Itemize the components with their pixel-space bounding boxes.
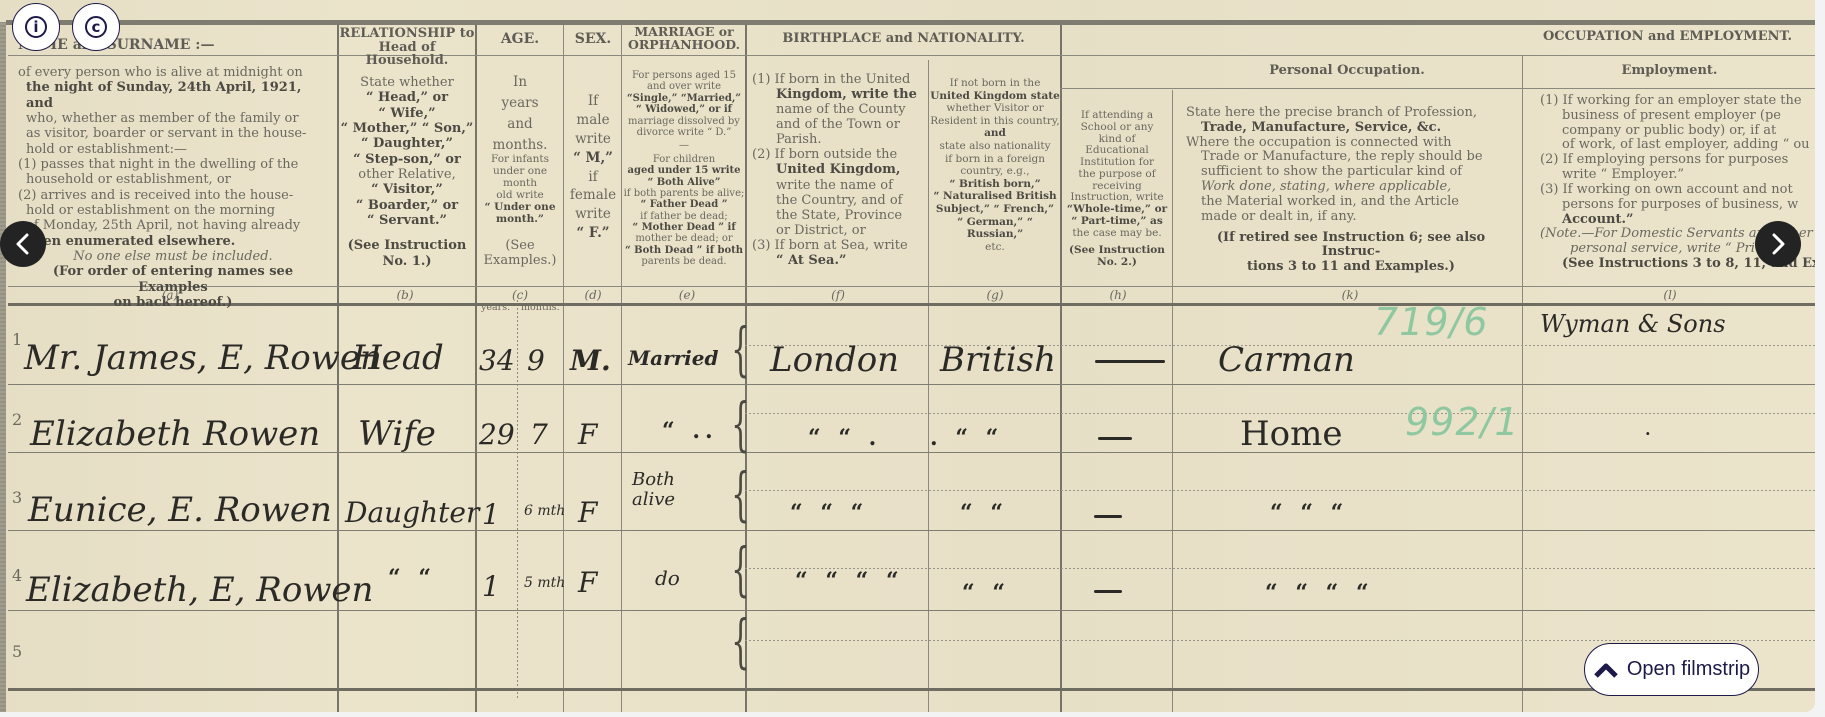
sex-cell: F (578, 418, 597, 451)
sex-cell: M. (570, 344, 611, 377)
col-c-letter: (c) (500, 288, 540, 302)
open-filmstrip-label: Open filmstrip (1627, 658, 1750, 681)
employment-cell: . (1645, 420, 1656, 439)
sex-cell: F (578, 496, 597, 529)
occupation-cell: “ “ “ “ (1265, 580, 1374, 606)
col-c-header: AGE. (477, 32, 563, 47)
col-l-letter: (l) (1650, 288, 1690, 302)
col-d-letter: (d) (573, 288, 613, 302)
education-dash (1098, 437, 1132, 440)
rule-f-g (928, 60, 929, 712)
col-e-header: MARRIAGE orORPHANHOOD. (623, 25, 745, 51)
relationship-cell: “ “ (388, 565, 436, 591)
nationality-cell: British (940, 340, 1056, 380)
col-b-header: RELATIONSHIP toHead of Household. (339, 27, 475, 68)
birthplace-nationality-header: BIRTHPLACE and NATIONALITY. (747, 32, 1060, 46)
occupation-cell: Carman (1218, 340, 1355, 380)
education-dash (1094, 515, 1122, 518)
col-d-instructions: Ifmale write“ M,” iffemale write“ F.” (565, 92, 621, 243)
relationship-cell: Head (352, 338, 444, 378)
census-form-page: NAME and SURNAME :— of every person who … (0, 0, 1815, 712)
col-c-examples: (See Examples.) (477, 238, 563, 269)
row-rule-4 (8, 610, 1815, 611)
chevron-left-icon (14, 233, 32, 255)
age-months-cell: 9 (527, 344, 545, 377)
top-rule (6, 20, 1815, 25)
next-image-button[interactable] (1755, 221, 1801, 267)
row-rule-3 (8, 530, 1815, 531)
birthplace-cell: “ “ “ (790, 500, 868, 526)
row-number: 1 (12, 330, 22, 349)
col-k-letter: (k) (1330, 288, 1370, 302)
rule-d-e (621, 25, 622, 712)
occupation-cell: Home (1240, 414, 1342, 454)
brace: { (731, 395, 749, 453)
age-months-cell: 6 mth (524, 503, 565, 519)
col-e-instructions: For persons aged 15and over write “Singl… (623, 70, 745, 268)
occupation-employment-header: OCCUPATION and EMPLOYMENT. (1520, 30, 1815, 44)
col-g-instructions: If not born in theUnited Kingdom state w… (930, 77, 1060, 253)
col-f-letter: (f) (818, 288, 858, 302)
col-f-instructions: (1) If born in the United Kingdom, write… (752, 72, 928, 268)
employment-cell: Wyman & Sons (1540, 310, 1726, 338)
marriage-cell: Married (628, 346, 718, 370)
row-number: 3 (12, 488, 22, 507)
age-years-label: years. (481, 303, 510, 314)
col-a-instructions: of every person who is alive at midnight… (18, 65, 328, 310)
occupation-cell: “ “ “ (1270, 500, 1348, 526)
previous-image-button[interactable] (0, 221, 46, 267)
page-edge (0, 22, 6, 712)
copyright-button[interactable]: c (72, 3, 120, 51)
nationality-cell: “ “ (962, 580, 1010, 606)
birthplace-cell: “ “ “ “ (795, 568, 904, 594)
info-icon: i (25, 16, 47, 38)
marriage-cell: “ .. (662, 418, 718, 444)
brace: { (731, 612, 749, 670)
row-number: 4 (12, 566, 22, 585)
brace: { (731, 320, 749, 378)
marriage-cell: do (655, 566, 680, 590)
col-h-letter: (h) (1098, 288, 1138, 302)
education-dash (1095, 360, 1165, 363)
education-dash (1094, 590, 1122, 593)
relationship-cell: Daughter (345, 496, 479, 529)
col-h-instructions: If attending aSchool or any kind ofEduca… (1062, 110, 1172, 269)
open-filmstrip-button[interactable]: Open filmstrip (1584, 643, 1759, 696)
chevron-up-icon (1593, 661, 1619, 679)
col-g-letter: (g) (975, 288, 1015, 302)
row-number: 2 (12, 410, 22, 429)
brace: { (731, 465, 749, 523)
occupation-code: 719/6 (1374, 300, 1489, 344)
row-rule-5 (8, 688, 1815, 691)
age-months-cell: 5 mth (524, 575, 565, 591)
age-years-months-divider (517, 300, 518, 700)
occupation-code: 992/1 (1405, 400, 1520, 444)
col-k-header: Personal Occupation. (1172, 64, 1522, 78)
row-number: 5 (12, 642, 22, 661)
header-rule (8, 55, 1815, 56)
col-b-letter: (b) (385, 288, 425, 302)
nationality-cell: . “ “ (930, 425, 1003, 451)
marriage-cell: Both alive (632, 470, 692, 510)
chevron-right-icon (1769, 233, 1787, 255)
nationality-cell: “ “ (960, 500, 1008, 526)
col-l-header: Employment. (1524, 64, 1815, 78)
age-months-label: months. (521, 303, 560, 314)
col-b-instructions: State whether “ Head,” or “ Wife,” “ Mot… (339, 75, 475, 269)
col-c-instructions: Inyears andmonths. (477, 72, 563, 156)
birthplace-cell: “ “ . (808, 425, 881, 451)
rule-h-k (1172, 90, 1173, 712)
col-d-header: SEX. (565, 32, 621, 47)
name-cell: Elizabeth, E, Rowen (26, 570, 373, 610)
name-cell: Elizabeth Rowen (30, 414, 320, 454)
row-rule-1 (8, 384, 1815, 385)
name-cell: Eunice, E. Rowen (28, 490, 332, 530)
relationship-cell: Wife (358, 414, 436, 454)
birthplace-cell: London (770, 340, 899, 380)
age-years-cell: 34 (479, 344, 515, 377)
age-years-cell: 29 (479, 418, 515, 451)
brace: { (731, 540, 749, 598)
info-button[interactable]: i (12, 3, 60, 51)
col-e-letter: (e) (667, 288, 707, 302)
rule-c-d (563, 25, 564, 712)
col-c-infant-note: For infantsunder one monthold write “ Un… (477, 153, 563, 225)
occupation-subheader-rule (1060, 88, 1815, 89)
copyright-icon: c (85, 16, 107, 38)
age-years-cell: 1 (482, 570, 500, 603)
col-k-instructions: State here the precise branch of Profess… (1186, 106, 1516, 275)
sex-cell: F (578, 566, 597, 599)
col-a-letter: (a) (150, 288, 190, 302)
age-years-cell: 1 (482, 498, 500, 531)
name-cell: Mr. James, E, Rowen (24, 338, 382, 378)
age-months-cell: 7 (530, 418, 548, 451)
document-image-viewer[interactable]: NAME and SURNAME :— of every person who … (0, 0, 1815, 712)
